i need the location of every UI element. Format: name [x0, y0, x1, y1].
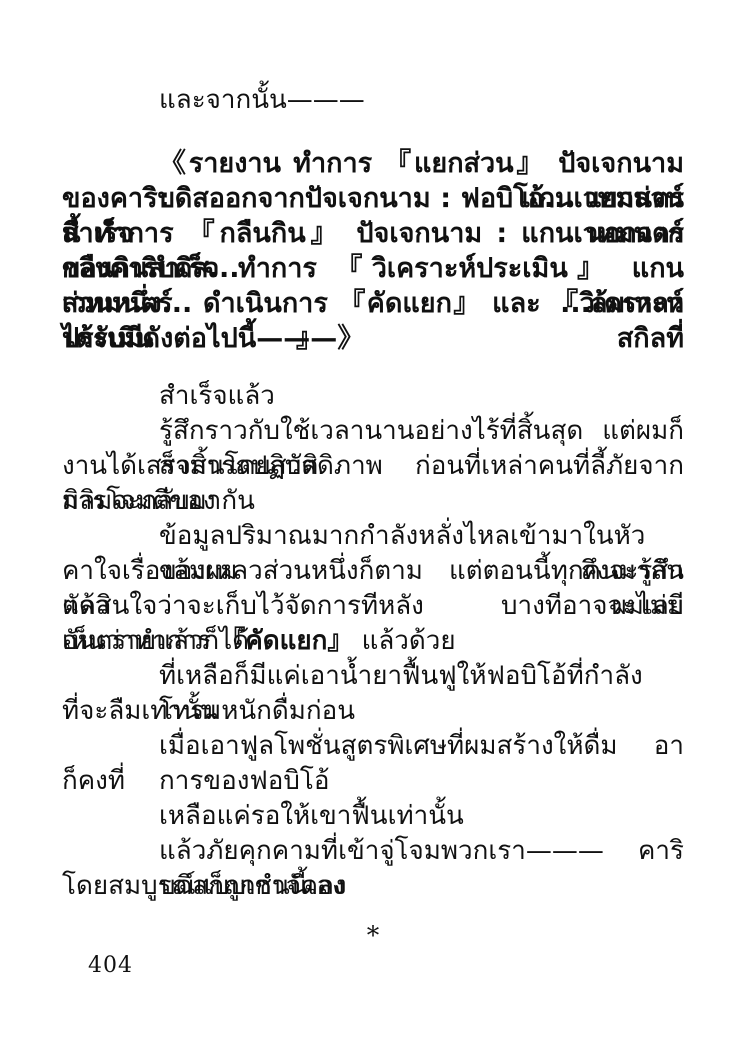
text-segment: โดยสมบูรณ์แบบเช่นนี้เอง	[62, 871, 345, 901]
text-line: รู้สึกราวกับใช้เวลานานอย่างไร้ที่สิ้นสุด…	[62, 414, 684, 449]
text-segment: แล้วด้วย	[353, 626, 455, 656]
text-line: กลืนกินสำเร็จ ทำการ 『วิเคราะห์ประเมิน』 แ…	[62, 251, 684, 286]
text-line: เหลือแค่รอให้เขาฟื้นเท่านั้น	[62, 799, 684, 834]
text-line: งานได้เสร็จสิ้นโดยสวัสดิภาพ ก่อนที่เหล่า…	[62, 449, 684, 484]
text-line: ตัดสินใจว่าจะเก็บไว้จัดการทีหลัง บางทีอา…	[62, 589, 684, 624]
text-line: ส่วนหนึ่ง... ดำเนินการ 『คัดแยก』 และ 『วิเ…	[62, 286, 684, 321]
text-line: 《รายงาน ทำการ 『แยกส่วน』 ปัจเจกนาม : แกนเ…	[62, 146, 684, 181]
book-page: และจากนั้น———《รายงาน ทำการ 『แยกส่วน』 ปัจ…	[0, 0, 738, 1051]
skill-name-emphasis: ได้รับมีดังต่อไปนี้———》	[62, 323, 364, 354]
scene-break-asterisk: *	[62, 918, 684, 953]
text-line: นี้ ทำการ 『กลืนกิน』 ปัจเจกนาม : แกนเวทมน…	[62, 216, 684, 251]
text-line: และจากนั้น———	[62, 83, 684, 118]
skill-name-emphasis: 『คัดแยก』	[219, 626, 353, 656]
text-line: ที่เหลือก็มีแค่เอาน้ำยาฟื้นฟูให้ฟอบิโอ้ท…	[62, 659, 684, 694]
text-line: เมื่อเอาฟูลโพชั่นสูตรพิเศษที่ผมสร้างให้ด…	[62, 729, 684, 764]
text-line: มิลิมจะกลับมากัน	[62, 484, 684, 519]
system-report-block: 《รายงาน ทำการ 『แยกส่วน』 ปัจเจกนาม : แกนเ…	[62, 146, 684, 356]
text-segment: มิลิมจะกลับมากัน	[62, 486, 255, 516]
text-line: แล้วภัยคุกคามที่เข้าจู่โจมพวกเรา——— คาริ…	[62, 834, 684, 869]
text-line: ที่จะลืมเท่านั้น	[62, 694, 684, 729]
text-line: โดยสมบูรณ์แบบเช่นนี้เอง	[62, 869, 684, 904]
page-text-content: และจากนั้น———《รายงาน ทำการ 『แยกส่วน』 ปัจ…	[62, 83, 684, 904]
text-segment: เห็นว่าทำการ	[62, 626, 219, 656]
text-line: ก็คงที่	[62, 764, 684, 799]
text-segment: และจากนั้น———	[159, 85, 365, 115]
opening-line: และจากนั้น———	[62, 83, 684, 118]
text-segment: สำเร็จแล้ว	[159, 381, 275, 411]
text-segment: ที่จะลืมเท่านั้น	[62, 696, 218, 726]
text-line: คาใจเรื่องล้มเหลวส่วนหนึ่งก็ตาม แต่ตอนนี…	[62, 554, 684, 589]
text-line: สำเร็จแล้ว	[62, 379, 684, 414]
narration-block: สำเร็จแล้วรู้สึกราวกับใช้เวลานานอย่างไร้…	[62, 379, 684, 904]
text-line: ของคาริบดิสออกจากปัจเจกนาม : ฟอบิโอ้... …	[62, 181, 684, 216]
text-line: ข้อมูลปริมาณมากกำลังหลั่งไหลเข้ามาในหัวข…	[62, 519, 684, 554]
text-segment: เหลือแค่รอให้เขาฟื้นเท่านั้น	[159, 801, 464, 831]
text-line: เห็นว่าทำการ 『คัดแยก』 แล้วด้วย	[62, 624, 684, 659]
page-number: 404	[88, 953, 133, 978]
text-segment: ก็คงที่	[62, 766, 125, 796]
